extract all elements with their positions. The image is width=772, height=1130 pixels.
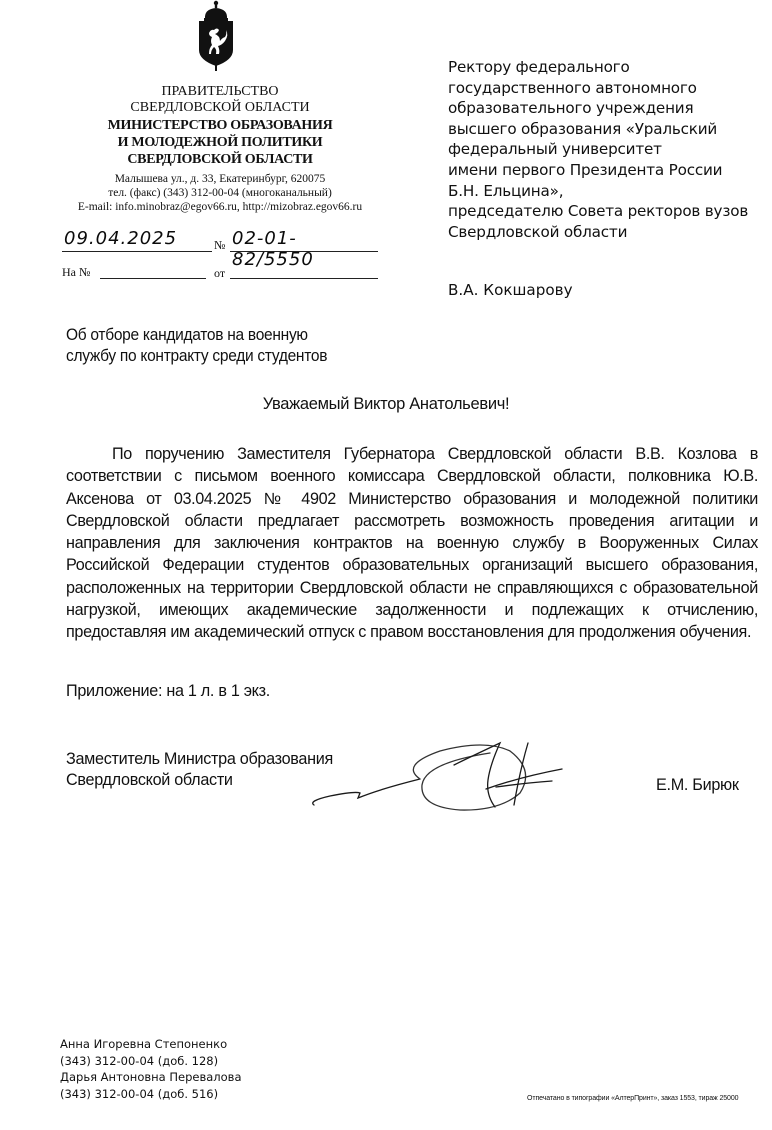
registration-number-label: № (214, 238, 225, 253)
ministry-contacts: Малышева ул., д. 33, Екатеринбург, 62007… (40, 172, 400, 214)
addressee-line: образовательного учреждения (448, 98, 768, 119)
reference-date-blank (230, 278, 378, 279)
registration-date: 09.04.2025 (62, 228, 212, 252)
addressee-block: Ректору федерального государственного ав… (448, 57, 768, 242)
reference-number-label: На № (62, 265, 90, 280)
coat-of-arms-icon (194, 0, 238, 72)
subject-line: службу по контракту среди студентов (66, 346, 404, 367)
ministry-email-web: E-mail: info.minobraz@egov66.ru, http://… (40, 200, 400, 214)
addressee-line: Ректору федерального (448, 57, 768, 78)
printer-note: Отпечатано в типографии «АлтерПринт», за… (527, 1095, 738, 1102)
executors-block: Анна Игоревна Степоненко (343) 312-00-04… (60, 1036, 242, 1102)
signer-name: Е.М. Бирюк (656, 776, 739, 795)
addressee-name: В.А. Кокшарову (448, 281, 573, 299)
subject-line: Об отборе кандидатов на военную (66, 325, 404, 346)
addressee-line: имени первого Президента России (448, 160, 768, 181)
government-name: ПРАВИТЕЛЬСТВО СВЕРДЛОВСКОЙ ОБЛАСТИ (40, 84, 400, 116)
executor-phone: (343) 312-00-04 (доб. 516) (60, 1086, 242, 1103)
reference-number-blank (100, 278, 206, 279)
ministry-phone: тел. (факс) (343) 312-00-04 (многоканаль… (40, 186, 400, 200)
government-line-2: СВЕРДЛОВСКОЙ ОБЛАСТИ (40, 100, 400, 116)
ministry-line-3: СВЕРДЛОВСКОЙ ОБЛАСТИ (40, 151, 400, 168)
addressee-line: государственного автономного (448, 78, 768, 99)
executor-phone: (343) 312-00-04 (доб. 128) (60, 1053, 242, 1070)
ministry-name: МИНИСТЕРСТВО ОБРАЗОВАНИЯ И МОЛОДЕЖНОЙ ПО… (40, 117, 400, 168)
executor-name: Дарья Антоновна Перевалова (60, 1069, 242, 1086)
addressee-line: высшего образования «Уральский (448, 119, 768, 140)
letter-subject: Об отборе кандидатов на военную службу п… (66, 325, 404, 367)
handwritten-signature-icon (300, 725, 570, 820)
letter-body: По поручению Заместителя Губернатора Све… (66, 443, 758, 644)
reference-date-label: от (214, 266, 225, 281)
addressee-line: Б.Н. Ельцина», (448, 181, 768, 202)
attachment-note: Приложение: на 1 л. в 1 экз. (66, 682, 270, 701)
ministry-address: Малышева ул., д. 33, Екатеринбург, 62007… (40, 172, 400, 186)
addressee-line: федеральный университет (448, 139, 768, 160)
salutation: Уважаемый Виктор Анатольевич! (0, 395, 772, 414)
ministry-line-1: МИНИСТЕРСТВО ОБРАЗОВАНИЯ (40, 117, 400, 134)
addressee-line: Свердловской области (448, 222, 768, 243)
executor-name: Анна Игоревна Степоненко (60, 1036, 242, 1053)
addressee-line: председателю Совета ректоров вузов (448, 201, 768, 222)
registration-number: 02-01-82/5550 (230, 228, 378, 252)
government-line-1: ПРАВИТЕЛЬСТВО (40, 84, 400, 100)
ministry-line-2: И МОЛОДЕЖНОЙ ПОЛИТИКИ (40, 134, 400, 151)
